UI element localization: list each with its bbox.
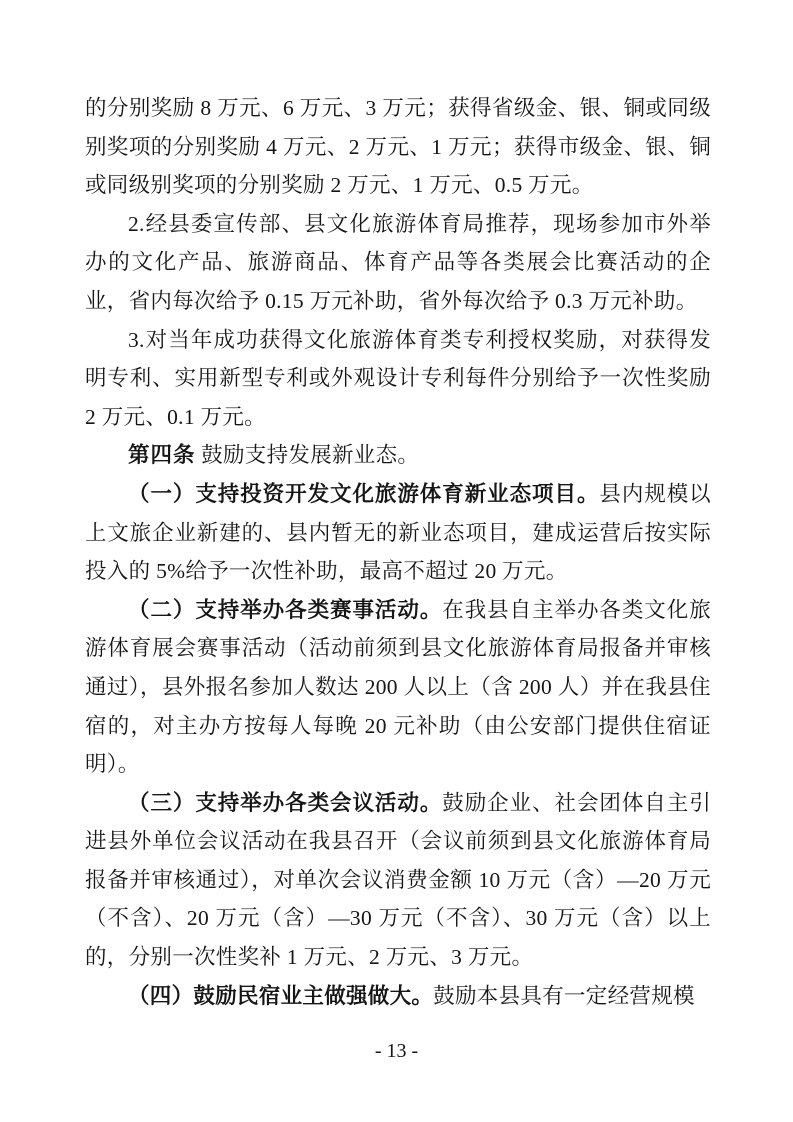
clause-lead: （四）鼓励民宿业主做强做大。 <box>128 984 433 1008</box>
document-page: 的分别奖励 8 万元、6 万元、3 万元；获得省级金、银、铜或同级别奖项的分别奖… <box>0 0 793 1122</box>
paragraph-clause-4-homestay: （四）鼓励民宿业主做强做大。鼓励本县具有一定经营规模 <box>85 977 711 1016</box>
paragraph-clause-3-conferences: （三）支持举办各类会议活动。鼓励企业、社会团体自主引进县外单位会议活动在我县召开… <box>85 784 711 977</box>
paragraph-text: 2.经县委宣传部、县文化旅游体育局推荐，现场参加市外举办的文化产品、旅游商品、体… <box>85 212 711 313</box>
paragraph-item-3-patents: 3.对当年成功获得文化旅游体育类专利授权奖励，对获得发明专利、实用新型专利或外观… <box>85 321 711 437</box>
paragraph-awards-continuation: 的分别奖励 8 万元、6 万元、3 万元；获得省级金、银、铜或同级别奖项的分别奖… <box>85 89 711 205</box>
paragraph-text: 3.对当年成功获得文化旅游体育类专利授权奖励，对获得发明专利、实用新型专利或外观… <box>85 328 711 429</box>
clause-lead: （一）支持投资开发文化旅游体育新业态项目。 <box>128 482 599 506</box>
paragraph-text: 鼓励企业、社会团体自主引进县外单位会议活动在我县召开（会议前须到县文化旅游体育局… <box>85 791 711 969</box>
paragraph-text: 的分别奖励 8 万元、6 万元、3 万元；获得省级金、银、铜或同级别奖项的分别奖… <box>85 96 711 197</box>
clause-lead: （三）支持举办各类会议活动。 <box>128 791 442 815</box>
paragraph-item-2-exhibitions: 2.经县委宣传部、县文化旅游体育局推荐，现场参加市外举办的文化产品、旅游商品、体… <box>85 205 711 321</box>
page-number: - 13 - <box>0 1040 793 1063</box>
paragraph-text: 鼓励本县具有一定经营规模 <box>433 984 695 1008</box>
clause-lead: （二）支持举办各类赛事活动。 <box>128 598 442 622</box>
paragraph-text: 鼓励支持发展新业态。 <box>196 443 420 467</box>
article-number-label: 第四条 <box>128 443 196 467</box>
paragraph-text: 在我县自主举办各类文化旅游体育展会赛事活动（活动前须到县文化旅游体育局报备并审核… <box>85 598 711 776</box>
document-body: 的分别奖励 8 万元、6 万元、3 万元；获得省级金、银、铜或同级别奖项的分别奖… <box>85 89 711 1015</box>
paragraph-clause-1-new-business: （一）支持投资开发文化旅游体育新业态项目。县内规模以上文旅企业新建的、县内暂无的… <box>85 475 711 591</box>
paragraph-article-4-heading: 第四条 鼓励支持发展新业态。 <box>85 436 711 475</box>
paragraph-clause-2-competitions: （二）支持举办各类赛事活动。在我县自主举办各类文化旅游体育展会赛事活动（活动前须… <box>85 591 711 784</box>
